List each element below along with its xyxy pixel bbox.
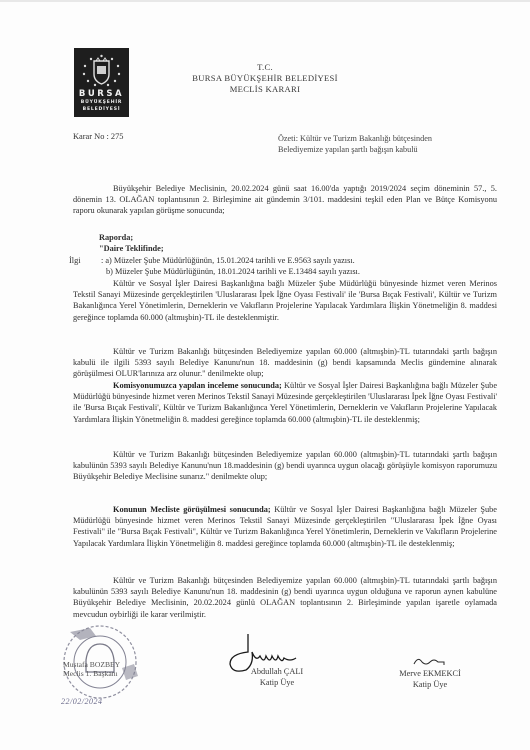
decision-number: Karar No : 275	[73, 132, 123, 141]
signature-1-name: Abdullah ÇALI	[232, 666, 322, 677]
document-header: T.C. BURSA BÜYÜKŞEHİR BELEDİYESİ MECLİS …	[150, 62, 380, 95]
summary-line1: Özeti: Kültür ve Turizm Bakanlığı bütçes…	[278, 133, 498, 144]
signature-1-title: Katip Üye	[232, 677, 322, 688]
stamp-signer-name: Mustafa BOZBEY	[63, 660, 120, 669]
paragraph-3: Komisyonumuzca yapılan inceleme sonucund…	[73, 380, 497, 425]
paragraph-2: Kültür ve Turizm Bakanlığı bütçesinden B…	[73, 346, 497, 380]
signature-2-name: Merve EKMEKCİ	[385, 668, 475, 679]
municipality-emblem-icon	[74, 52, 129, 88]
header-title: MECLİS KARARI	[150, 84, 380, 95]
signature-2-icon	[412, 654, 448, 668]
paragraph-5: Konunun Mecliste görüşülmesi sonucunda; …	[73, 504, 497, 549]
council-heading: Konunun Mecliste görüşülmesi sonucunda;	[113, 505, 271, 514]
bursa-logo: BURSA BÜYÜKŞEHİR BELEDİYESİ	[74, 48, 129, 117]
summary: Özeti: Kültür ve Turizm Bakanlığı bütçes…	[278, 133, 498, 155]
ilgi-label: İlgi	[69, 256, 81, 265]
document-page: BURSA BÜYÜKŞEHİR BELEDİYESİ T.C. BURSA B…	[0, 0, 530, 750]
logo-name: BURSA	[74, 89, 129, 99]
logo-line2: BELEDİYESİ	[74, 107, 129, 112]
intro-paragraph: Büyükşehir Belediye Meclisinin, 20.02.20…	[73, 183, 497, 217]
ilgi-a: : a) Müzeler Şube Müdürlüğünün, 15.01.20…	[101, 256, 355, 265]
signature-2: Merve EKMEKCİ Katip Üye	[385, 668, 475, 690]
paragraph-6: Kültür ve Turizm Bakanlığı bütçesinden B…	[73, 575, 497, 620]
raporda-heading: Raporda;	[99, 233, 133, 242]
header-tc: T.C.	[150, 62, 380, 73]
signature-2-title: Katip Üye	[385, 679, 475, 690]
ilgi-b: b) Müzeler Şube Müdürlüğünün, 18.01.2024…	[106, 267, 360, 276]
commission-heading: Komisyonumuzca yapılan inceleme sonucund…	[113, 381, 282, 390]
logo-line1: BÜYÜKŞEHİR	[74, 100, 129, 105]
stamp-signer-title: Meclis 1. Başkanı	[63, 669, 118, 678]
summary-line2: Belediyemize yapılan şartlı bağışın kabu…	[278, 144, 498, 155]
paragraph-1: Kültür ve Sosyal İşler Dairesi Başkanlığ…	[73, 278, 497, 323]
paragraph-4: Kültür ve Turizm Bakanlığı bütçesinden B…	[73, 449, 497, 483]
signature-1: Abdullah ÇALI Katip Üye	[232, 666, 322, 688]
stamp-date: 22/02/2024	[61, 697, 102, 706]
daire-teklifinde-heading: "Daire Teklifinde;	[99, 244, 164, 253]
header-institution: BURSA BÜYÜKŞEHİR BELEDİYESİ	[150, 73, 380, 84]
